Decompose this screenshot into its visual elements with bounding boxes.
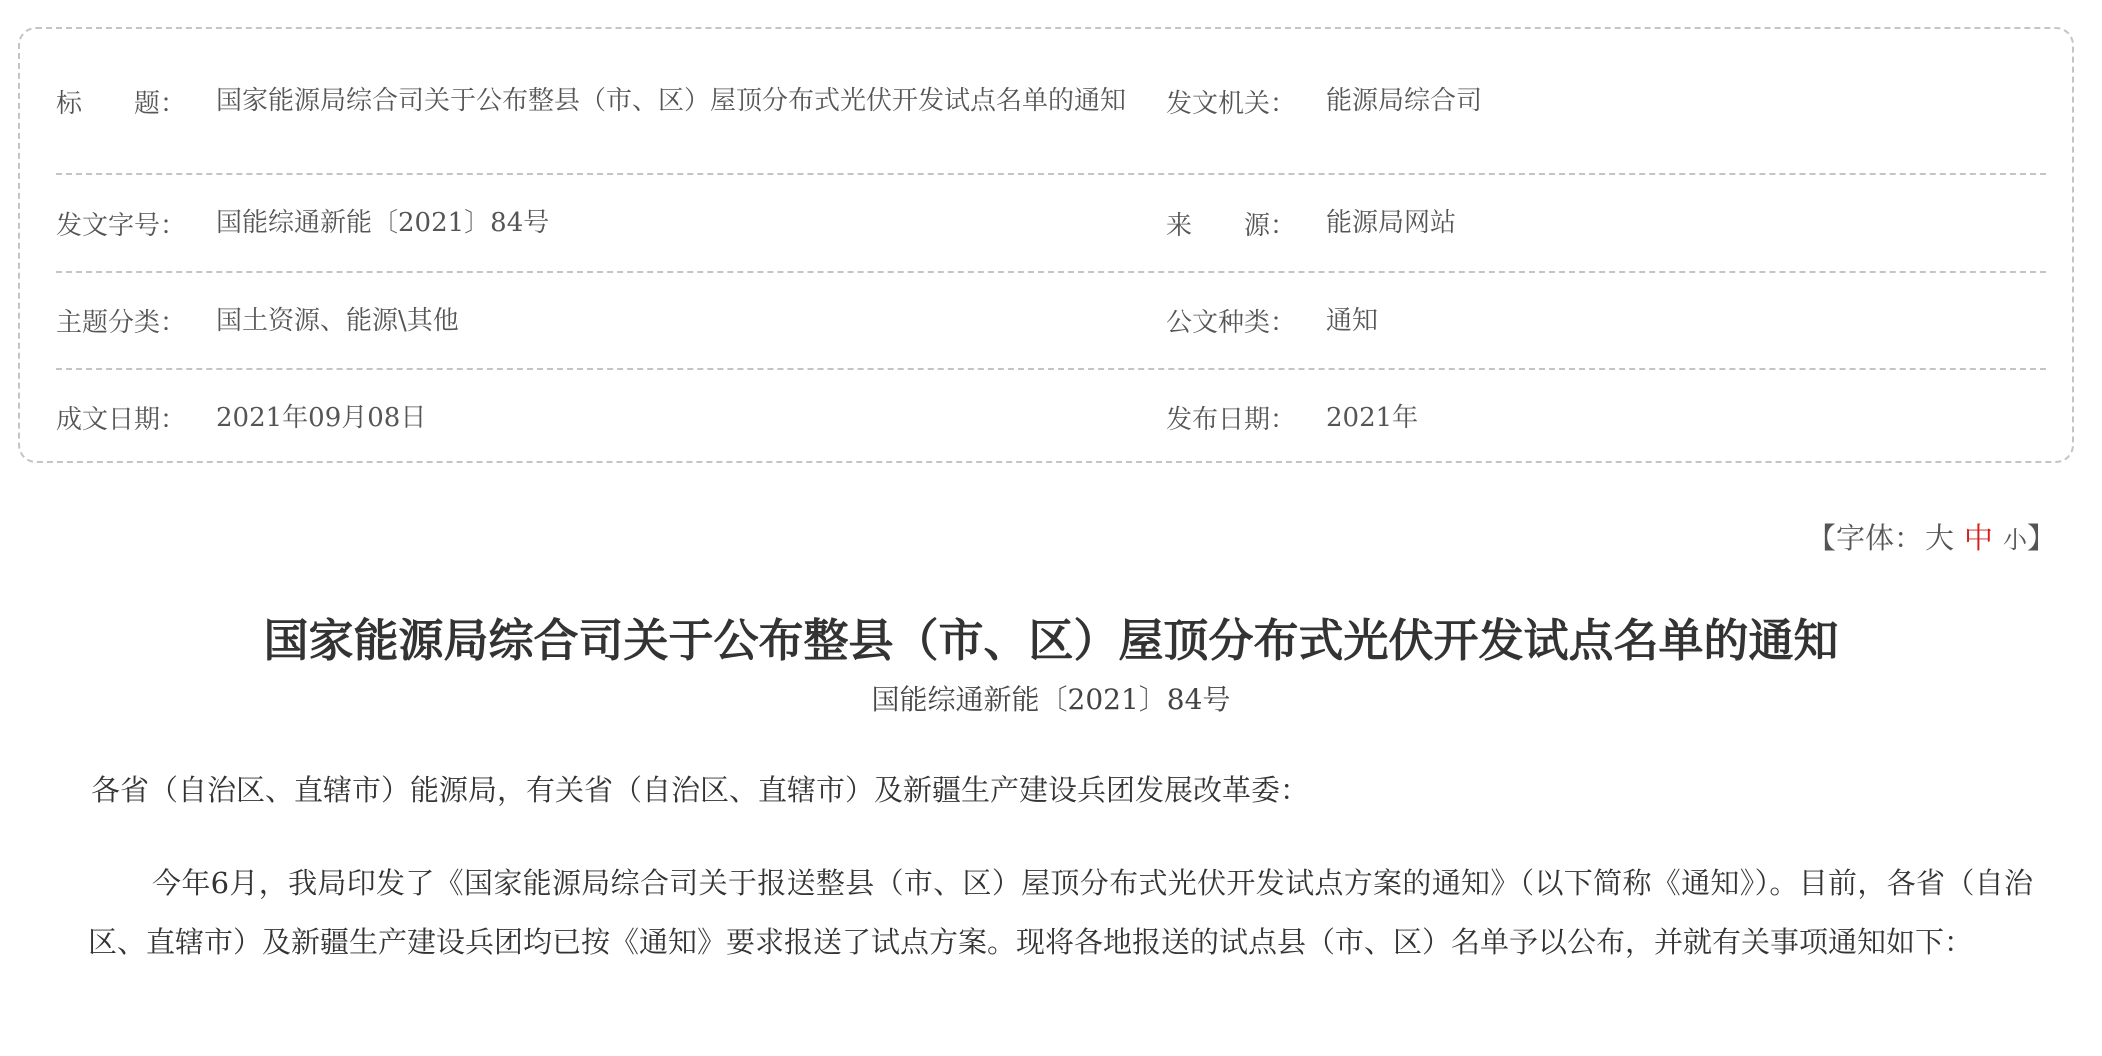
meta-cell-written-date: 成文日期： 2021年09月08日: [56, 370, 1156, 465]
meta-value-doc-number: 国能综通新能〔2021〕84号: [216, 199, 1151, 247]
font-switch-close-bracket: 】: [2027, 521, 2056, 555]
font-size-switcher: 【字体：大中小】: [1807, 516, 2056, 557]
meta-value-category: 国土资源、能源\其他: [216, 297, 1151, 345]
meta-label-title: 标 题：: [56, 83, 216, 120]
meta-label-source: 来 源：: [1166, 205, 1326, 242]
meta-value-written-date: 2021年09月08日: [216, 394, 1151, 442]
font-switch-open-bracket: 【: [1807, 521, 1836, 555]
meta-row-doc-number: 发文字号： 国能综通新能〔2021〕84号 来 源： 能源局网站: [56, 175, 2046, 273]
document-title: 国家能源局综合司关于公布整县（市、区）屋顶分布式光伏开发试点名单的通知: [0, 604, 2102, 669]
font-size-large-button[interactable]: 大: [1925, 521, 1954, 555]
document-metadata-box: 标 题： 国家能源局综合司关于公布整县（市、区）屋顶分布式光伏开发试点名单的通知…: [18, 27, 2074, 463]
meta-cell-category: 主题分类： 国土资源、能源\其他: [56, 273, 1156, 368]
meta-value-issuer: 能源局综合司: [1326, 77, 1482, 125]
meta-cell-title: 标 题： 国家能源局综合司关于公布整县（市、区）屋顶分布式光伏开发试点名单的通知: [56, 29, 1156, 173]
meta-row-title: 标 题： 国家能源局综合司关于公布整县（市、区）屋顶分布式光伏开发试点名单的通知…: [56, 29, 2046, 175]
meta-label-doc-type: 公文种类：: [1166, 302, 1326, 339]
font-switch-label: 字体：: [1836, 521, 1923, 555]
document-paragraph: 今年6月，我局印发了《国家能源局综合司关于报送整县（市、区）屋顶分布式光伏开发试…: [88, 854, 2033, 972]
meta-label-category: 主题分类：: [56, 302, 216, 339]
meta-value-source: 能源局网站: [1326, 199, 1456, 247]
meta-label-doc-number: 发文字号：: [56, 205, 216, 242]
meta-cell-doc-number: 发文字号： 国能综通新能〔2021〕84号: [56, 175, 1156, 271]
meta-cell-publish-date: 发布日期： 2021年: [1166, 370, 2036, 465]
font-size-small-button[interactable]: 小: [2003, 526, 2027, 554]
meta-value-title: 国家能源局综合司关于公布整县（市、区）屋顶分布式光伏开发试点名单的通知: [216, 77, 1151, 125]
document-salutation: 各省（自治区、直辖市）能源局，有关省（自治区、直辖市）及新疆生产建设兵团发展改革…: [91, 768, 1309, 809]
meta-cell-source: 来 源： 能源局网站: [1166, 175, 2036, 271]
meta-row-dates: 成文日期： 2021年09月08日 发布日期： 2021年: [56, 370, 2046, 465]
meta-row-category: 主题分类： 国土资源、能源\其他 公文种类： 通知: [56, 273, 2046, 370]
font-size-medium-button[interactable]: 中: [1964, 521, 1993, 555]
meta-value-publish-date: 2021年: [1326, 394, 1418, 442]
meta-label-written-date: 成文日期：: [56, 399, 216, 436]
meta-label-issuer: 发文机关：: [1166, 83, 1326, 120]
meta-value-doc-type: 通知: [1326, 297, 1378, 345]
meta-label-publish-date: 发布日期：: [1166, 399, 1326, 436]
meta-cell-issuer: 发文机关： 能源局综合司: [1166, 29, 2036, 173]
document-number: 国能综通新能〔2021〕84号: [0, 678, 2102, 718]
meta-cell-doc-type: 公文种类： 通知: [1166, 273, 2036, 368]
